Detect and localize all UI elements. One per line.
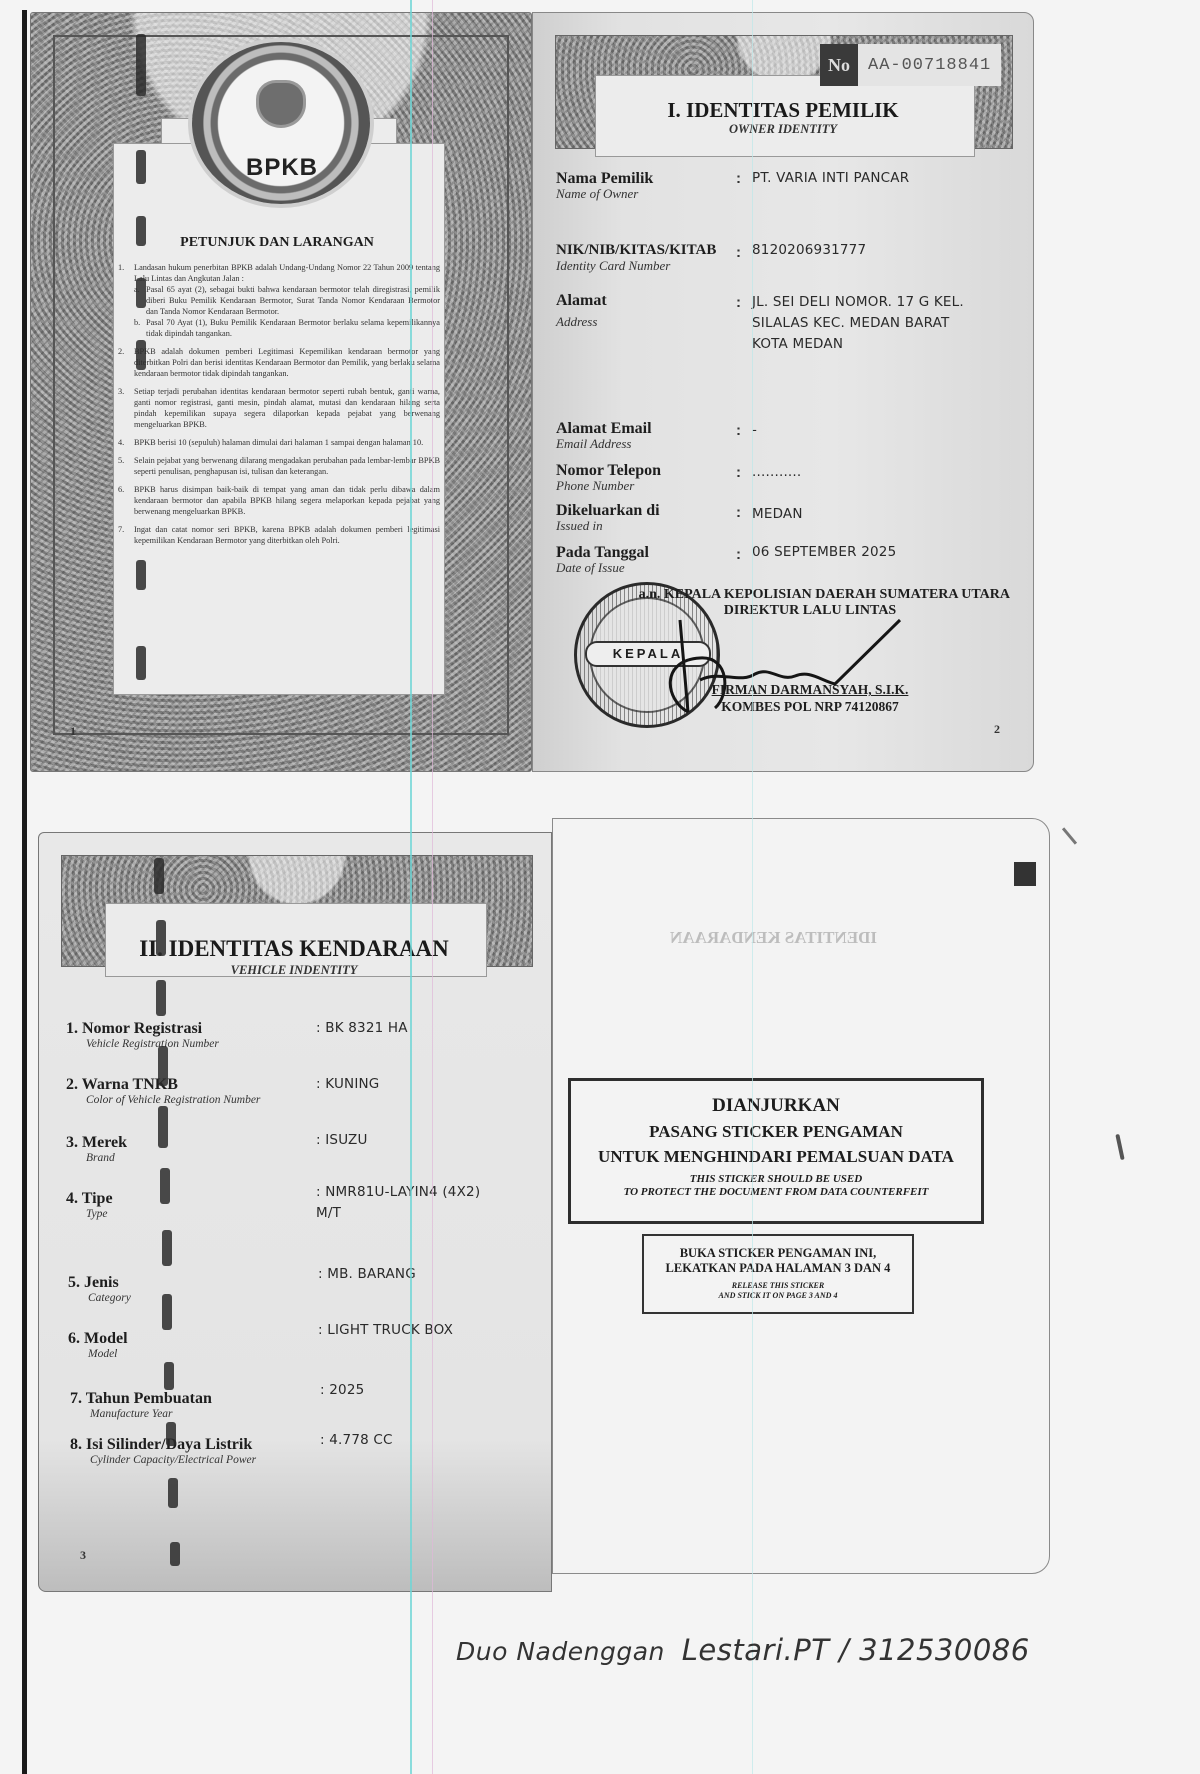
binding-mark: [160, 1168, 170, 1204]
binding-mark: [170, 1542, 180, 1566]
owner-section-subtitle: OWNER IDENTITY: [594, 122, 972, 137]
binding-mark: [156, 920, 166, 956]
binding-mark: [158, 1106, 168, 1148]
field-label-category: 5. JenisCategory: [68, 1274, 131, 1305]
emblem-label: BPKB: [242, 154, 322, 182]
scan-artifact-line: [410, 0, 412, 1774]
instruction-item: 7.Ingat dan catat nomor seri BPKB, karen…: [118, 524, 440, 546]
binding-mark: [136, 560, 146, 590]
corner-mark: [1014, 862, 1036, 886]
field-label-type: 4. TipeType: [66, 1190, 113, 1221]
signatory-name: FIRMAN DARMANSYAH, S.I.K.: [670, 682, 950, 698]
field-label-cylinder-capacity: 8. Isi Silinder/Daya ListrikCylinder Cap…: [70, 1436, 256, 1467]
phone-value: ...........: [752, 462, 801, 483]
binding-mark: [136, 150, 146, 184]
instruction-item: 1. Landasan hukum penerbitan BPKB adalah…: [118, 262, 440, 339]
field-label-brand: 3. MerekBrand: [66, 1134, 127, 1165]
bpkb-emblem: BPKB: [192, 42, 370, 204]
page-number: 3: [80, 1548, 86, 1563]
instructions-title: PETUNJUK DAN LARANGAN: [112, 235, 442, 251]
instruction-item: 6.BPKB harus disimpan baik-baik di tempa…: [118, 484, 440, 517]
sticker-instruction-box: BUKA STICKER PENGAMAN INI,LEKATKAN PADA …: [642, 1234, 914, 1314]
pen-mark: [1062, 827, 1077, 844]
instruction-subitem: b.Pasal 70 Ayat (1), Buku Pemilik Kendar…: [134, 317, 440, 339]
bleed-through-title: IDENTITAS KENDARAAN: [670, 928, 877, 948]
binding-mark: [162, 1230, 172, 1266]
scan-edge: [22, 10, 27, 1774]
police-crest-icon: [256, 80, 306, 128]
field-label-identity-number: NIK/NIB/KITAS/KITABIdentity Card Number: [556, 242, 716, 273]
instruction-item: 4.BPKB berisi 10 (sepuluh) halaman dimul…: [118, 437, 440, 448]
page-number: 2: [994, 722, 1000, 737]
binding-mark: [166, 1422, 176, 1446]
type-value: : NMR81U-LAYIN4 (4X2) M/T: [316, 1182, 480, 1224]
field-label-manufacture-year: 7. Tahun PembuatanManufacture Year: [70, 1390, 212, 1421]
serial-number: No AA-00718841: [820, 44, 1001, 86]
instruction-item: 5.Selain pejabat yang berwenang dilarang…: [118, 455, 440, 477]
issue-date-value: 06 SEPTEMBER 2025: [752, 542, 896, 563]
scan-artifact-line: [432, 0, 433, 1774]
field-label-phone: Nomor TeleponPhone Number: [556, 462, 661, 493]
instruction-subitem: a.Pasal 65 ayat (2), sebagai bukti bahwa…: [134, 284, 440, 317]
binding-mark: [164, 1362, 174, 1390]
vehicle-section-subtitle: VEHICLE INDENTITY: [104, 963, 484, 978]
binding-mark: [136, 216, 146, 246]
security-sticker-notice: DIANJURKAN PASANG STICKER PENGAMAN UNTUK…: [568, 1078, 984, 1224]
category-value: : MB. BARANG: [318, 1264, 416, 1285]
binding-mark: [162, 1294, 172, 1330]
address-value: JL. SEI DELI NOMOR. 17 G KEL. SILALAS KE…: [752, 292, 964, 355]
brand-value: : ISUZU: [316, 1130, 368, 1151]
binding-mark: [168, 1478, 178, 1508]
owner-name-value: PT. VARIA INTI PANCAR: [752, 168, 909, 189]
cylinder-capacity-value: : 4.778 CC: [320, 1430, 393, 1451]
field-label-issue-date: Pada TanggalDate of Issue: [556, 544, 649, 575]
pen-mark: [1115, 1134, 1124, 1160]
registration-number-value: : BK 8321 HA: [316, 1018, 408, 1039]
signatory-rank: KOMBES POL NRP 74120867: [670, 699, 950, 715]
instruction-item: 3.Setiap terjadi perubahan identitas ken…: [118, 386, 440, 430]
owner-section-title: I. IDENTITAS PEMILIK: [594, 98, 972, 123]
serial-value: AA-00718841: [858, 44, 1001, 86]
field-label-model: 6. ModelModel: [68, 1330, 128, 1361]
binding-mark: [136, 646, 146, 680]
binding-mark: [156, 980, 166, 1016]
field-label-registration-number: 1. Nomor RegistrasiVehicle Registration …: [66, 1020, 219, 1051]
identity-number-value: 8120206931777: [752, 240, 866, 261]
binding-mark: [154, 858, 164, 894]
binding-mark: [136, 340, 146, 370]
field-label-email: Alamat EmailEmail Address: [556, 420, 652, 451]
issued-in-value: MEDAN: [752, 504, 803, 525]
instructions-list: 1. Landasan hukum penerbitan BPKB adalah…: [118, 262, 440, 553]
plate-color-value: : KUNING: [316, 1074, 379, 1095]
page-number: 1: [70, 724, 76, 739]
field-label-address: AlamatAddress: [556, 292, 607, 329]
scan-artifact-line: [752, 0, 753, 1774]
binding-mark: [136, 278, 146, 308]
manufacture-year-value: : 2025: [320, 1380, 364, 1401]
binding-mark: [158, 1046, 168, 1086]
field-label-owner-name: Nama PemilikName of Owner: [556, 170, 653, 201]
serial-prefix: No: [820, 44, 858, 86]
instruction-item: 2.BPKB adalah dokumen pemberi Legitimasi…: [118, 346, 440, 379]
handwritten-note: Duo Nadenggan Lestari.PT / 312530086: [456, 1633, 1030, 1667]
binding-mark: [136, 34, 146, 96]
field-label-issued-in: Dikeluarkan diIssued in: [556, 502, 660, 533]
